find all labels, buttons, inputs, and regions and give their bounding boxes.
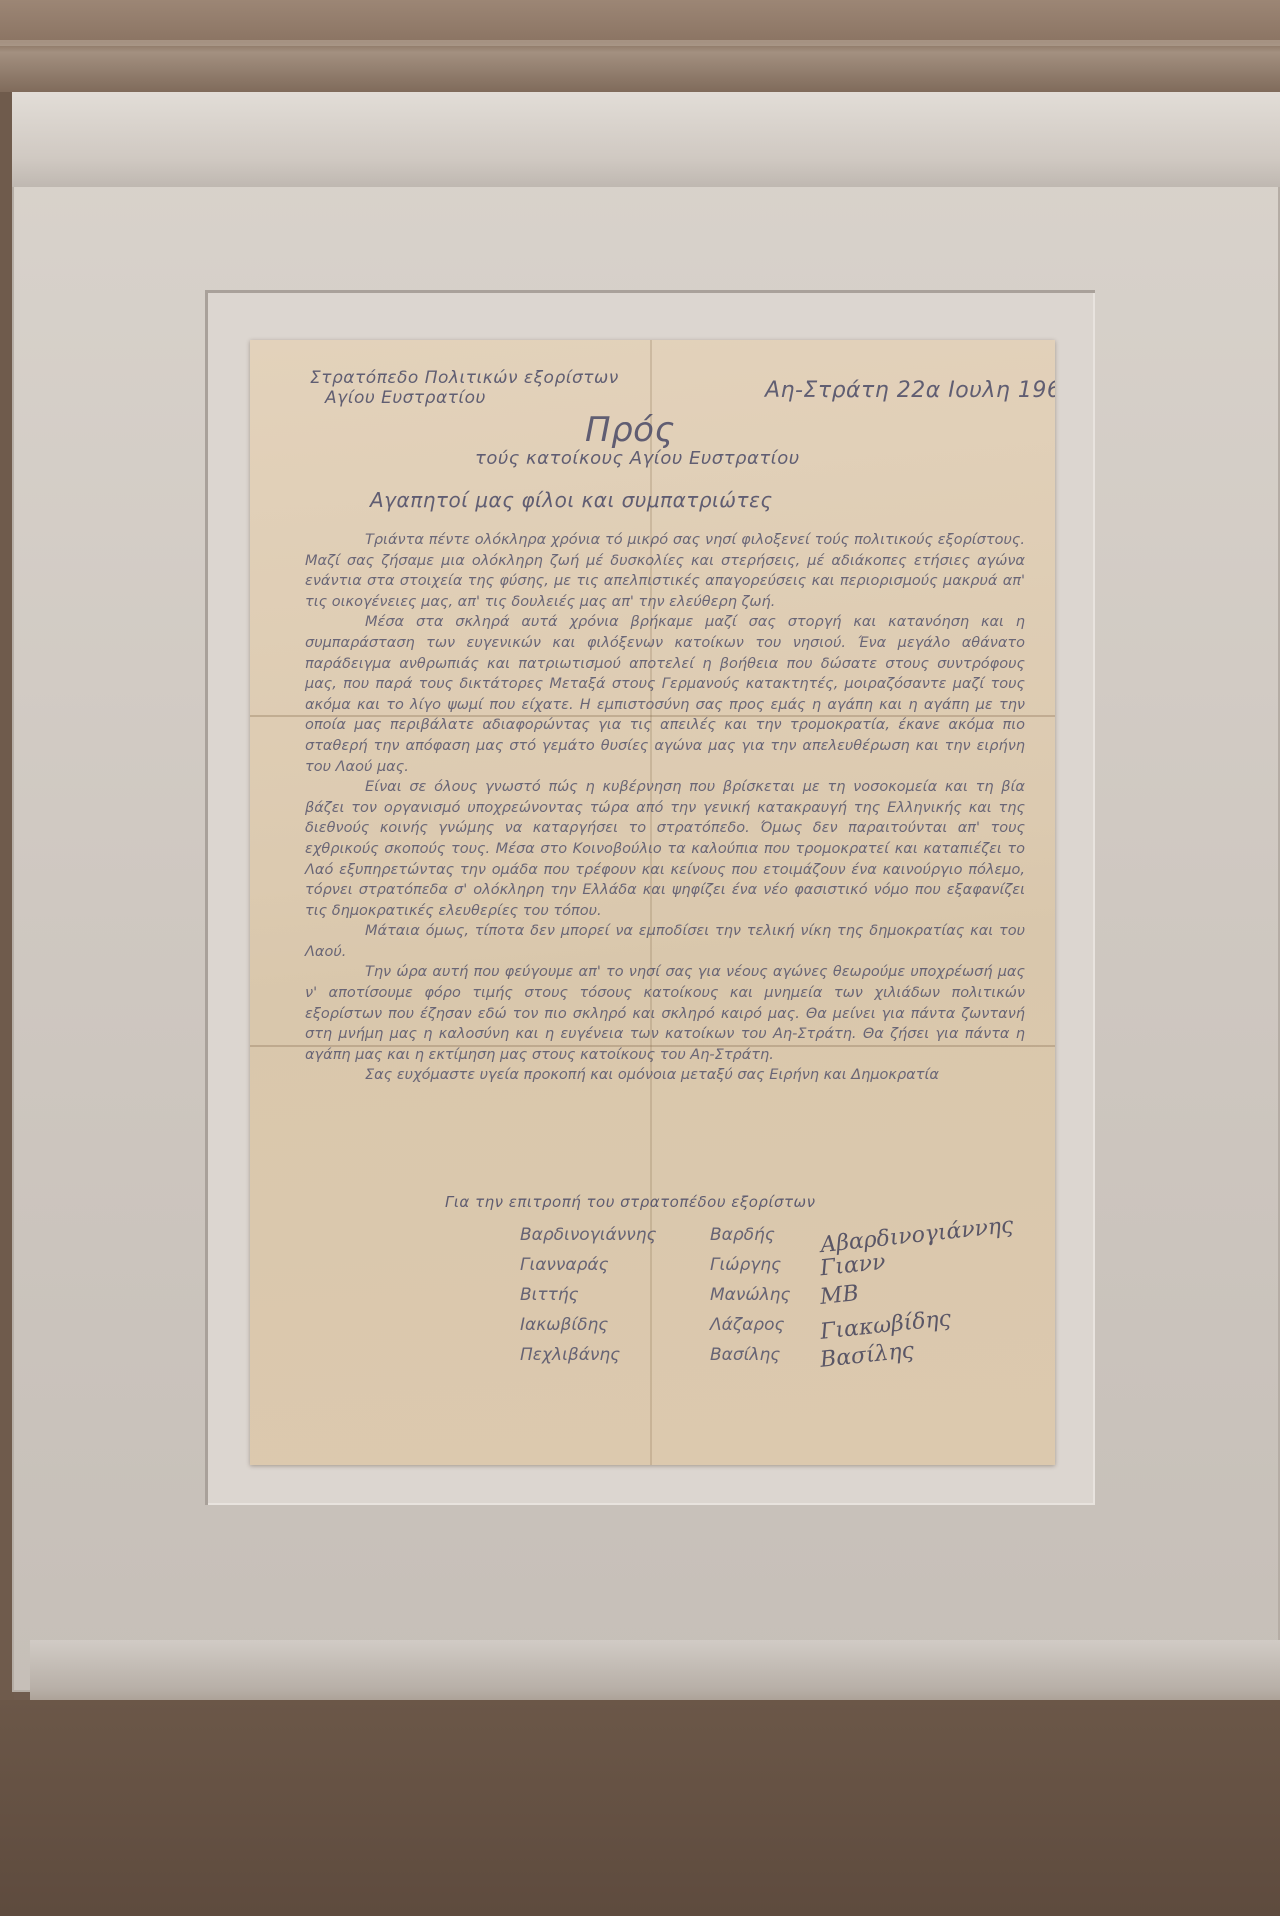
signature: Γιανν xyxy=(819,1249,887,1281)
signatory-surname: Βιττής xyxy=(520,1285,710,1305)
body-paragraph: Μέσα στα σκληρά αυτά χρόνια βρήκαμε μαζί… xyxy=(305,612,1025,777)
body-paragraph: Είναι σε όλους γνωστό πώς η κυβέρνηση πο… xyxy=(305,777,1025,921)
signature-intro: Για την επιτροπή του στρατοπέδου εξορίστ… xyxy=(445,1193,816,1211)
body-paragraph: Τριάντα πέντε ολόκληρα χρόνια τό μικρό σ… xyxy=(305,530,1025,612)
signatory-row: Βαρδινογιάννης Βαρδής Αβαρδινογιάννης xyxy=(520,1220,1014,1250)
signatures: Βαρδινογιάννης Βαρδής Αβαρδινογιάννης Γι… xyxy=(520,1220,1014,1370)
signatory-row: Ιακωβίδης Λάζαρος Γιακωβίδης xyxy=(520,1310,1014,1340)
signature: Γιακωβίδης xyxy=(819,1306,952,1345)
frame-bevel xyxy=(12,92,1280,187)
signatory-row: Βιττής Μανώλης ΜΒ xyxy=(520,1280,1014,1310)
wall-lower xyxy=(0,1700,1280,1916)
signatory-given-name: Βασίλης xyxy=(710,1345,820,1365)
letter-body: Τριάντα πέντε ολόκληρα χρόνια τό μικρό σ… xyxy=(305,530,1025,1086)
wall-molding xyxy=(0,0,1280,95)
letter-date: Αη-Στράτη 22α Ιουλη 1962 xyxy=(765,378,1055,403)
signatory-surname: Ιακωβίδης xyxy=(520,1315,710,1335)
letter-pros: Πρός xyxy=(585,410,675,450)
body-paragraph: Σας ευχόμαστε υγεία προκοπή και ομόνοια … xyxy=(305,1065,1025,1086)
body-paragraph: Μάταια όμως, τίποτα δεν μπορεί να εμποδί… xyxy=(305,921,1025,962)
signature: ΜΒ xyxy=(819,1281,860,1310)
letter-greeting: Αγαπητοί μας φίλοι και συμπατριώτες xyxy=(370,488,773,512)
signature: Βασίλης xyxy=(819,1338,915,1373)
camp-location: Αγίου Ευστρατίου xyxy=(310,388,619,408)
signatory-given-name: Λάζαρος xyxy=(710,1315,820,1335)
signatory-given-name: Γιώργης xyxy=(710,1255,820,1275)
letter-paper: Στρατόπεδο Πολιτικών εξορίστων Αγίου Ευσ… xyxy=(250,340,1055,1465)
signatory-row: Πεχλιβάνης Βασίλης Βασίλης xyxy=(520,1340,1014,1370)
signatory-surname: Γιανναράς xyxy=(520,1255,710,1275)
signatory-surname: Βαρδινογιάννης xyxy=(520,1225,710,1245)
letter-addressee: τούς κατοίκους Αγίου Ευστρατίου xyxy=(475,448,800,469)
signatory-given-name: Βαρδής xyxy=(710,1225,820,1245)
signatory-surname: Πεχλιβάνης xyxy=(520,1345,710,1365)
camp-name: Στρατόπεδο Πολιτικών εξορίστων xyxy=(310,368,619,388)
signatory-row: Γιανναράς Γιώργης Γιανν xyxy=(520,1250,1014,1280)
molding-line xyxy=(0,40,1280,46)
body-paragraph: Την ώρα αυτή που φεύγουμε απ' το νησί σα… xyxy=(305,962,1025,1065)
letter-header-left: Στρατόπεδο Πολιτικών εξορίστων Αγίου Ευσ… xyxy=(310,368,619,408)
signatory-given-name: Μανώλης xyxy=(710,1285,820,1305)
